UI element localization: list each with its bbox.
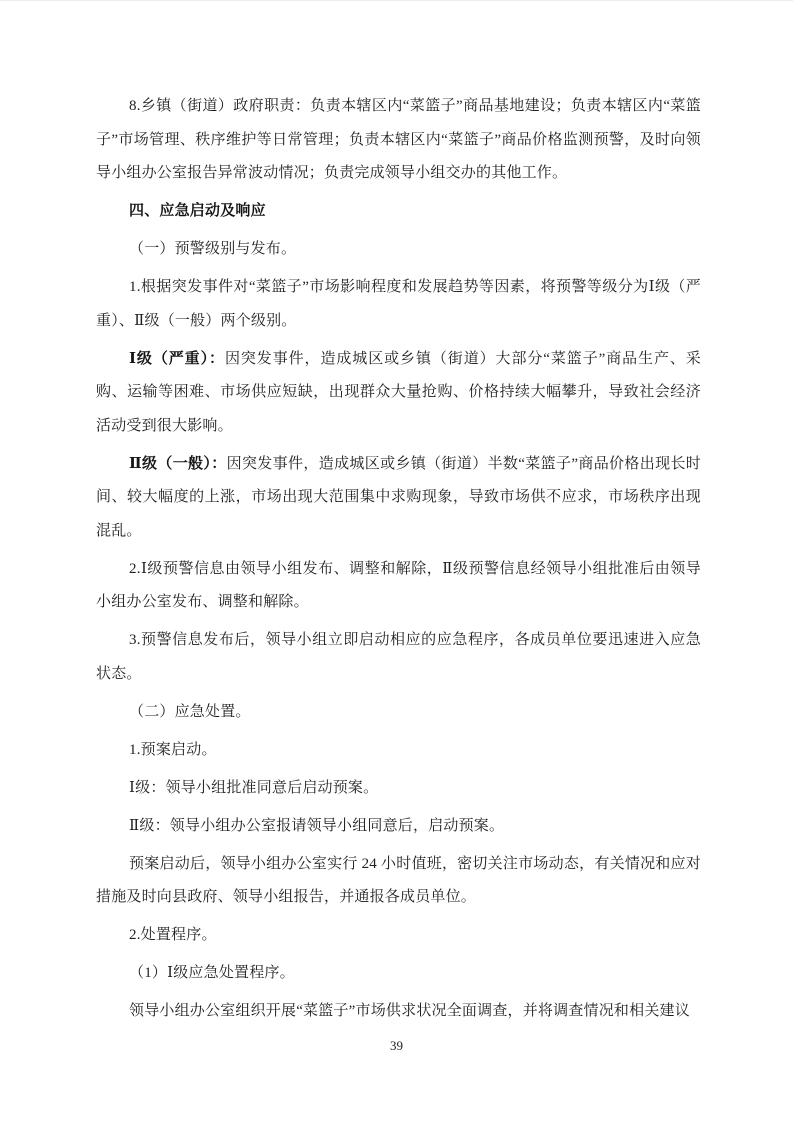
paragraph-level-2-definition: Ⅱ级（一般）：因突发事件，造成城区或乡镇（街道）半数“菜篮子”商品价格出现长时间… — [96, 448, 701, 549]
paragraph-handling-procedure: 2.处置程序。 — [96, 919, 701, 953]
level-2-label: Ⅱ级（一般）： — [129, 456, 227, 472]
subsection-heading-warning-levels: （一）预警级别与发布。 — [96, 233, 701, 267]
paragraph-duty-shift: 预案启动后，领导小组办公室实行 24 小时值班，密切关注市场动态，有关情况和应对… — [96, 848, 701, 915]
paragraph-plan-activation: 1.预案启动。 — [96, 734, 701, 768]
paragraph-warning-response: 3.预警信息发布后，领导小组立即启动相应的应急程序，各成员单位要迅速进入应急状态… — [96, 624, 701, 691]
paragraph-market-survey: 领导小组办公室组织开展“菜篮子”市场供求状况全面调查，并将调查情况和相关建议 — [96, 995, 701, 1029]
page-number: 39 — [0, 1037, 793, 1055]
subsection-heading-emergency-handling: （二）应急处置。 — [96, 696, 701, 730]
paragraph-level-1-definition: Ⅰ级（严重）：因突发事件，造成城区或乡镇（街道）大部分“菜篮子”商品生产、采购、… — [96, 343, 701, 444]
section-heading-emergency-activation: 四、应急启动及响应 — [96, 195, 701, 229]
paragraph-level-1-activation: Ⅰ级：领导小组批准同意后启动预案。 — [96, 772, 701, 806]
paragraph-level-1-procedure-heading: （1）Ⅰ级应急处置程序。 — [96, 957, 701, 991]
level-1-label: Ⅰ级（严重）： — [129, 351, 225, 367]
paragraph-warning-grades: 1.根据突发事件对“菜篮子”市场影响程度和发展趋势等因素，将预警等级分为Ⅰ级（严… — [96, 271, 701, 338]
paragraph-level-2-activation: Ⅱ级：领导小组办公室报请领导小组同意后，启动预案。 — [96, 810, 701, 844]
paragraph-warning-release: 2.Ⅰ级预警信息由领导小组发布、调整和解除，Ⅱ级预警信息经领导小组批准后由领导小… — [96, 553, 701, 620]
document-page: 8.乡镇（街道）政府职责：负责本辖区内“菜篮子”商品基地建设；负责本辖区内“菜篮… — [0, 0, 793, 1122]
document-body: 8.乡镇（街道）政府职责：负责本辖区内“菜篮子”商品基地建设；负责本辖区内“菜篮… — [96, 90, 701, 1029]
paragraph-township-duties: 8.乡镇（街道）政府职责：负责本辖区内“菜篮子”商品基地建设；负责本辖区内“菜篮… — [96, 90, 701, 191]
